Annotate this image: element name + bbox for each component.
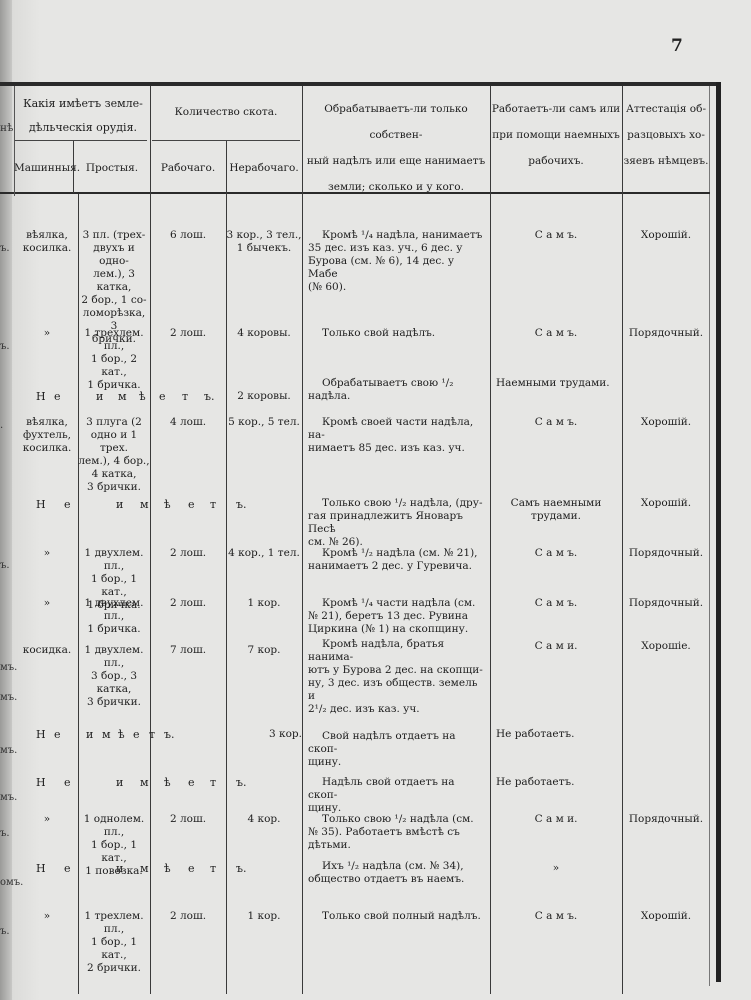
cell-labor: Не работаетъ. <box>496 728 628 741</box>
left-edge-fragment: ъ. <box>0 243 10 254</box>
cell-labor: С а м ъ. <box>490 416 622 429</box>
left-edge-fragment: ъ. <box>0 560 10 571</box>
left-edge-fragment: мъ. <box>0 662 17 673</box>
cell-line: лем.), 4 бор., <box>78 455 150 468</box>
cell-line: Ихъ ¹/₂ надѣла (см. № 34), <box>308 860 486 873</box>
cell-attestation: Хорошій. <box>622 416 710 429</box>
cell-labor: С а м и. <box>490 640 622 653</box>
cell-nonworking: 5 кор., 5 тел. <box>226 416 302 429</box>
table-right-inner-border <box>709 86 710 986</box>
header-attestation: Аттестація об- разцовыхъ хо- зяевъ нѣмце… <box>622 96 710 174</box>
cell-land: Ихъ ¹/₂ надѣла (см. № 34), общество отда… <box>308 860 486 886</box>
table-right-border <box>716 82 721 982</box>
cell-land: Кромѣ ¹/₄ надѣла, нанимаетъ 35 дес. изъ … <box>308 229 486 294</box>
cell-line: № 21), беретъ 13 дес. Рувина <box>308 610 486 623</box>
cell-line: 35 дес. изъ каз. уч., 6 дес. у <box>308 242 486 255</box>
header-attestation-line2: разцовыхъ хо- <box>622 122 710 148</box>
col-line-nonworking-land <box>302 86 303 994</box>
header-land: Обрабатываетъ-ли только собствен- ный на… <box>302 96 490 200</box>
cell-line: лем.), 3 катка, <box>78 268 150 294</box>
cell-machine: вѣялка, косилка. <box>16 229 78 255</box>
cell-simple: 1 трехлем. пл., 1 бор., 1 кат., 2 брички… <box>78 910 150 975</box>
cell-line: общество отдаетъ въ наемъ. <box>308 873 486 886</box>
cell-land: Только свою ¹/₂ надѣла (см. № 35). Работ… <box>308 813 486 852</box>
col-line-simple-working <box>150 86 151 994</box>
cell-line: 1 двухлем. пл., <box>78 547 150 573</box>
document-page: 7 нѣ Какія имѣетъ земле- дѣльческія оруд… <box>0 0 751 1000</box>
header-land-line1: Обрабатываетъ-ли только собствен- <box>302 96 490 148</box>
header-land-line2: ный надѣлъ или еще нанимаетъ <box>302 148 490 174</box>
cell-line: 3 брички. <box>78 696 150 709</box>
cell-simple: 1 двухлем. пл., 3 бор., 3 катка, 3 бричк… <box>78 644 150 709</box>
cell-labor: Не работаетъ. <box>496 776 628 789</box>
cell-line: 4 катка, <box>78 468 150 481</box>
cell-line: Только свою ¹/₂ надѣла, (дру- <box>308 497 486 510</box>
cell-land: Надѣль свой отдаетъ на скоп- щину. <box>308 776 486 815</box>
header-tools-simple: Простыя. <box>74 162 150 175</box>
cell-line: 2 брички. <box>78 962 150 975</box>
book-spine-shadow <box>0 0 12 1000</box>
cell-labor: С а м и. <box>490 813 622 826</box>
cell-line: 1 бор., 1 кат., <box>78 936 150 962</box>
cell-line: Бурова (см. № 6), 14 дес. у Мабе <box>308 255 486 281</box>
cell-machine: косидка. <box>16 644 78 657</box>
cell-labor: С а м ъ. <box>490 597 622 610</box>
cell-working: 2 лош. <box>150 597 226 610</box>
cell-line: гая принадлежитъ Яноваръ Песѣ <box>308 510 486 536</box>
cell-nonworking: 1 кор. <box>226 597 302 610</box>
cell-attestation: Хорошій. <box>622 497 710 510</box>
cell-line: двухъ и одно- <box>78 242 150 268</box>
table-top-border <box>0 82 721 86</box>
cell-line: Только свою ¹/₂ надѣла (см. <box>308 813 486 826</box>
cell-working: 7 лош. <box>150 644 226 657</box>
cell-line: 3 кор., 3 тел., <box>226 229 302 242</box>
left-edge-fragment: омъ. <box>0 877 23 888</box>
cell-line: Кромѣ ¹/₄ части надѣла (см. <box>308 597 486 610</box>
cell-land: Только свою ¹/₂ надѣла, (дру- гая принад… <box>308 497 486 549</box>
left-edge-fragment: ъ. <box>0 341 10 352</box>
cell-attestation: Порядочный. <box>622 547 710 560</box>
col-line-left-edge <box>14 86 15 196</box>
page-number: 7 <box>671 36 683 56</box>
col-line-land-labor <box>490 86 491 994</box>
cell-nonworking: 1 кор. <box>226 910 302 923</box>
cell-machine: » <box>16 910 78 923</box>
left-edge-header-fragment: нѣ <box>0 122 13 134</box>
cell-land: Кромѣ ¹/₂ надѣла (см. № 21), нанимаетъ 2… <box>308 547 486 573</box>
header-tools-line1: Какія имѣетъ земле- <box>16 92 150 116</box>
cell-attestation: Хорошіе. <box>622 640 710 653</box>
left-edge-fragment: ъ. <box>0 828 10 839</box>
cell-line: 1 трехлем. пл., <box>78 910 150 936</box>
cell-working: 2 лош. <box>150 547 226 560</box>
header-labor-line2: при помощи наемныхъ <box>490 122 622 148</box>
cell-land: Только свой надѣлъ. <box>308 327 486 340</box>
cell-line: нимаетъ 85 дес. изъ каз. уч. <box>308 442 486 455</box>
cell-line: одно и 1 трех. <box>78 429 150 455</box>
cell-machine: » <box>16 547 78 560</box>
cell-nonworking: 4 кор., 1 тел. <box>226 547 302 560</box>
header-tools-group: Какія имѣетъ земле- дѣльческія орудія. <box>16 92 150 140</box>
header-livestock-working: Рабочаго. <box>150 162 226 175</box>
cell-line: 1 бор., 2 кат., <box>78 353 150 379</box>
cell-line: нанимаетъ 2 дес. у Гуревича. <box>308 560 486 573</box>
cell-nonworking: 2 коровы. <box>226 390 302 403</box>
cell-line: 1 бычекъ. <box>226 242 302 255</box>
cell-working: 2 лош. <box>150 813 226 826</box>
cell-line: Циркина (№ 1) на скопщину. <box>308 623 486 636</box>
cell-working: 2 лош. <box>150 910 226 923</box>
cell-machine: » <box>16 813 78 826</box>
cell-simple: 3 плуга (2 одно и 1 трех. лем.), 4 бор.,… <box>78 416 150 494</box>
cell-line: 3 бор., 3 катка, <box>78 670 150 696</box>
left-edge-fragment: мъ. <box>0 745 17 756</box>
cell-land: Обрабатываетъ свою ¹/₂ надѣла. <box>308 377 486 403</box>
cell-line: 1 трехлем. пл., <box>78 327 150 353</box>
cell-line: № 35). Работаетъ вмѣстѣ съ <box>308 826 486 839</box>
cell-nonworking: 7 кор. <box>226 644 302 657</box>
cell-line: 1 двухлем. пл., <box>78 644 150 670</box>
cell-line: 1 двухлем. пл., <box>78 597 150 623</box>
cell-nonworking: 3 кор., 3 тел., 1 бычекъ. <box>226 229 302 255</box>
cell-nonworking: 4 коровы. <box>226 327 302 340</box>
header-attestation-line3: зяевъ нѣмцевъ. <box>622 148 710 174</box>
left-edge-fragment: ъ. <box>0 926 10 937</box>
header-attestation-line1: Аттестація об- <box>622 96 710 122</box>
header-labor: Работаетъ-ли самъ или при помощи наемных… <box>490 96 622 174</box>
header-labor-line1: Работаетъ-ли самъ или <box>490 96 622 122</box>
cell-land: Только свой полный надѣлъ. <box>308 910 486 923</box>
cell-labor: » <box>490 862 622 875</box>
cell-nonworking: 4 кор. <box>226 813 302 826</box>
tools-header-divider <box>14 140 147 141</box>
cell-line: косилка. <box>16 242 78 255</box>
cell-line: фухтель, <box>16 429 78 442</box>
cell-line: 1 однолем. пл., <box>78 813 150 839</box>
cell-attestation: Хорошій. <box>622 229 710 242</box>
header-tools-machine: Машинныя. <box>14 162 74 175</box>
header-land-line3: земли; сколько и у кого. <box>302 174 490 200</box>
cell-line: 3 плуга (2 <box>78 416 150 429</box>
cell-line: ютъ у Бурова 2 дес. на скопщи- <box>308 664 486 677</box>
cell-line: ну, 3 дес. изъ обществ. земель и <box>308 677 486 703</box>
cell-line: (№ 60). <box>308 281 486 294</box>
cell-machine: » <box>16 327 78 340</box>
cell-labor: Самъ наемными трудами. <box>490 497 622 523</box>
cell-attestation: Хорошій. <box>622 910 710 923</box>
cell-line: Кромѣ ¹/₂ надѣла (см. № 21), <box>308 547 486 560</box>
cell-line: дѣтьми. <box>308 839 486 852</box>
cell-land: Кромѣ своей части надѣла, на- нимаетъ 85… <box>308 416 486 455</box>
cell-line: 2¹/₂ дес. изъ каз. уч. <box>308 703 486 716</box>
cell-simple: 1 трехлем. пл., 1 бор., 2 кат., 1 бричка… <box>78 327 150 392</box>
cell-line: 3 пл. (трех- <box>78 229 150 242</box>
cell-line: 1 бор., 1 кат., <box>78 573 150 599</box>
header-livestock-nonworking: Нерабочаго. <box>226 162 302 175</box>
header-labor-line3: рабочихъ. <box>490 148 622 174</box>
header-livestock-group: Количество скота. <box>150 106 302 119</box>
cell-line: Свой надѣлъ отдаетъ на скоп- <box>308 730 486 756</box>
cell-working: 4 лош. <box>150 416 226 429</box>
col-line-working-nonworking <box>226 141 227 994</box>
cell-working: 6 лош. <box>150 229 226 242</box>
cell-attestation: Порядочный. <box>622 813 710 826</box>
left-edge-fragment: мъ. <box>0 692 17 703</box>
cell-line: Кромѣ надѣла, братья нанима- <box>308 638 486 664</box>
cell-nonworking: 3 кор. <box>226 728 302 741</box>
col-line-labor-attestation <box>622 86 623 994</box>
header-tools-line2: дѣльческія орудія. <box>16 116 150 140</box>
cell-land: Кромѣ ¹/₄ части надѣла (см. № 21), берет… <box>308 597 486 636</box>
cell-land: Свой надѣлъ отдаетъ на скоп- щину. <box>308 730 486 769</box>
cell-labor: С а м ъ. <box>490 229 622 242</box>
cell-land: Кромѣ надѣла, братья нанима- ютъ у Буров… <box>308 638 486 716</box>
cell-line: косилка. <box>16 442 78 455</box>
cell-labor: С а м ъ. <box>490 547 622 560</box>
cell-labor: С а м ъ. <box>490 910 622 923</box>
cell-line: 1 бричка. <box>78 623 150 636</box>
left-edge-fragment: . <box>0 420 3 431</box>
cell-working: 2 лош. <box>150 327 226 340</box>
cell-line: Кромѣ своей части надѣла, на- <box>308 416 486 442</box>
cell-line: щину. <box>308 756 486 769</box>
left-edge-fragment: мъ. <box>0 792 17 803</box>
cell-attestation: Порядочный. <box>622 597 710 610</box>
cell-attestation: Порядочный. <box>622 327 710 340</box>
cell-labor: С а м ъ. <box>490 327 622 340</box>
cell-labor: Наемными трудами. <box>496 377 628 390</box>
cell-line: 3 брички. <box>78 481 150 494</box>
cell-line: вѣялка, <box>16 416 78 429</box>
cell-line: Надѣль свой отдаетъ на скоп- <box>308 776 486 802</box>
cell-simple: 1 двухлем. пл., 1 бричка. <box>78 597 150 636</box>
cell-line: Кромѣ ¹/₄ надѣла, нанимаетъ <box>308 229 486 242</box>
cell-line: вѣялка, <box>16 229 78 242</box>
cell-machine: » <box>16 597 78 610</box>
cell-line: 2 бор., 1 со- <box>78 294 150 307</box>
cell-machine: вѣялка, фухтель, косилка. <box>16 416 78 455</box>
